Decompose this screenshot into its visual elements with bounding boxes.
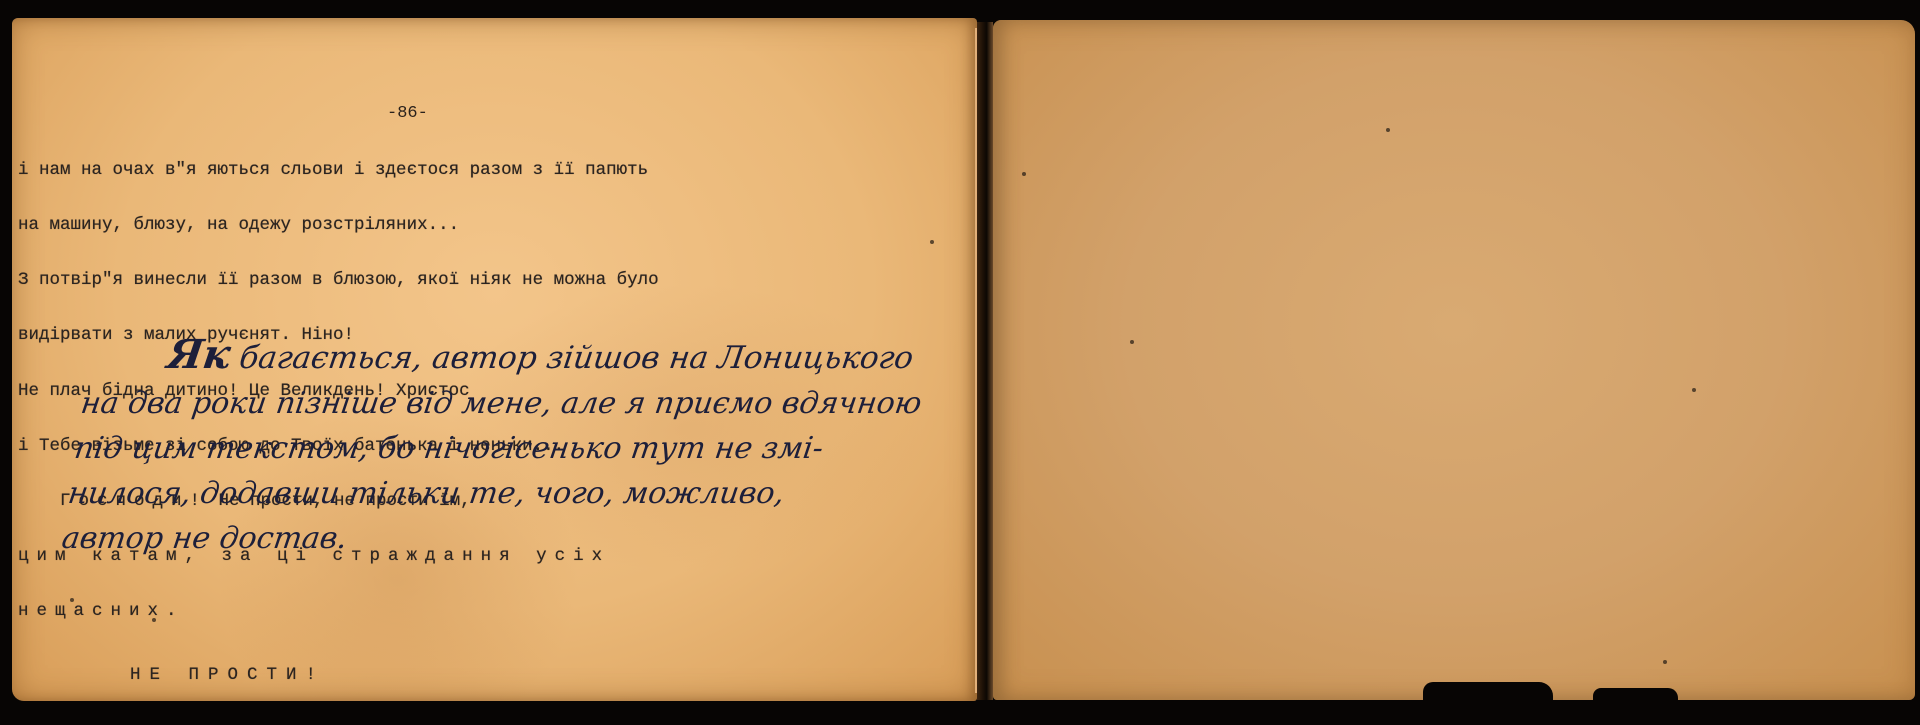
typed-line: З потвір"я винесли її разом в блюзою, як… — [18, 271, 918, 289]
handwritten-note: Як багається, автор зійшов на Лоницького… — [59, 332, 971, 561]
paper-speck — [152, 618, 156, 622]
paper-speck — [1022, 172, 1026, 176]
right-page-blank — [993, 20, 1915, 700]
document-scan: -86- і нам на очах в"я яються сльови і з… — [0, 0, 1920, 725]
paper-speck — [930, 240, 934, 244]
paper-speck — [1130, 340, 1134, 344]
page-number: -86- — [387, 104, 428, 123]
handwritten-lead-word: Як — [165, 331, 234, 378]
handwritten-line: автор не достав. — [59, 516, 945, 561]
handwritten-line-text: багається, автор зійшов на Лоницького — [237, 340, 916, 376]
book-spine — [977, 22, 993, 700]
typed-line: на машину, блюзу, на одежу розстріляних.… — [18, 216, 918, 234]
paper-speck — [1692, 388, 1696, 392]
paper-speck — [1386, 128, 1390, 132]
paper-speck — [70, 598, 74, 602]
typed-heading: НЕ ПРОСТИ! — [18, 666, 918, 684]
paper-speck — [1663, 660, 1667, 664]
handwritten-line: нилося, додавши тільки те, чого, можливо… — [65, 471, 951, 516]
handwritten-line: на два роки пізніше від мене, але я приє… — [78, 381, 964, 426]
typed-line: і нам на очах в"я яються сльови і здеєто… — [18, 161, 918, 179]
handwritten-line: Як багається, автор зійшов на Лоницького — [84, 332, 971, 381]
handwritten-line: під цим текстом, бо нічогісенько тут не … — [72, 426, 958, 471]
